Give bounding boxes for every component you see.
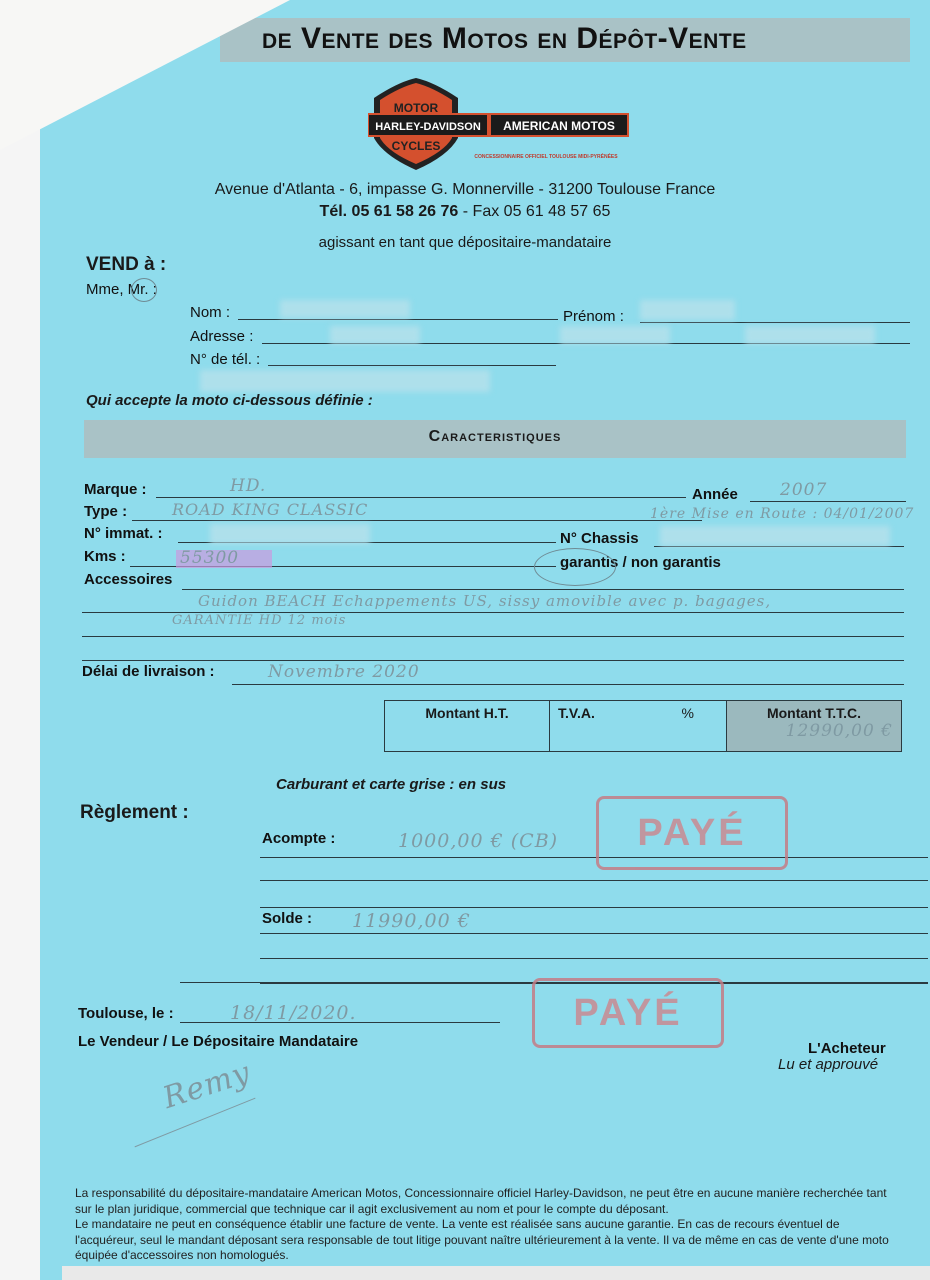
kms-value: 55300	[180, 548, 239, 568]
montant-ht-cell[interactable]: Montant H.T.	[385, 701, 550, 752]
fuel-note: Carburant et carte grise : en sus	[276, 776, 506, 793]
accessoires-field-3[interactable]	[82, 636, 904, 637]
nom-field[interactable]	[238, 319, 558, 320]
tva-label: T.V.A.	[558, 705, 595, 721]
acompte-value: 1000,00 € (CB)	[398, 830, 558, 852]
solde-field-2[interactable]	[260, 958, 928, 959]
dealer-logo: MOTOR HARLEY-DAVIDSON CYCLES AMERICAN MO…	[368, 78, 630, 175]
accessoires-field-1[interactable]	[182, 589, 904, 590]
characteristics-title: Caracteristiques	[84, 428, 906, 446]
accessoires-field-4[interactable]	[82, 660, 904, 661]
accept-label: Qui accepte la moto ci-dessous définie :	[86, 392, 373, 409]
solde-value: 11990,00 €	[352, 910, 471, 932]
redacted-immat	[210, 524, 370, 544]
legal-notice: La responsabilité du dépositaire-mandata…	[75, 1186, 895, 1264]
delai-field[interactable]	[232, 684, 904, 685]
dealer-phone: Tél. 05 61 58 26 76 - Fax 05 61 48 57 65	[0, 203, 930, 221]
tel-field[interactable]	[268, 365, 556, 366]
acompte-field[interactable]	[260, 857, 928, 858]
svg-text:HARLEY-DAVIDSON: HARLEY-DAVIDSON	[375, 121, 481, 133]
tva-cell[interactable]: T.V.A.%	[550, 701, 727, 752]
type-label: Type :	[84, 503, 127, 520]
marque-label: Marque :	[84, 481, 147, 498]
page-edge	[0, 0, 62, 1280]
civility-circle-mark	[131, 278, 157, 302]
reglement-label: Règlement :	[80, 802, 189, 824]
redacted-nom	[280, 300, 410, 318]
fax-number: - Fax 05 61 48 57 65	[458, 203, 610, 220]
dealer-address: Avenue d'Atlanta - 6, impasse G. Monnerv…	[0, 181, 930, 199]
solde-field[interactable]	[260, 933, 928, 934]
legal-paragraph-1: La responsabilité du dépositaire-mandata…	[75, 1186, 895, 1217]
prenom-field[interactable]	[640, 322, 910, 323]
annee-value: 2007	[780, 480, 827, 500]
mise-en-route-note: 1ère Mise en Route : 04/01/2007	[650, 506, 914, 522]
tel-label: N° de tél. :	[190, 351, 260, 368]
paid-stamp-2: PAYÉ	[532, 978, 724, 1048]
tva-percent: %	[682, 705, 694, 721]
garantie-circle-mark	[534, 548, 616, 586]
buyer-label: L'Acheteur	[808, 1040, 886, 1057]
redacted-adresse-1	[330, 326, 420, 344]
date-value: 18/11/2020.	[230, 1002, 357, 1024]
delai-label: Délai de livraison :	[82, 663, 215, 680]
harley-davidson-shield-icon: MOTOR HARLEY-DAVIDSON CYCLES AMERICAN MO…	[368, 78, 630, 170]
dealer-role: agissant en tant que dépositaire-mandata…	[0, 234, 930, 251]
redacted-chassis	[660, 526, 890, 546]
legal-paragraph-2: Le mandataire ne peut en conséquence éta…	[75, 1217, 895, 1264]
redacted-adresse-3	[745, 326, 875, 344]
marque-field[interactable]	[156, 497, 686, 498]
phone-number: Tél. 05 61 58 26 76	[320, 203, 459, 220]
amounts-table: Montant H.T. T.V.A.% Montant T.T.C.12990…	[384, 700, 902, 752]
chassis-label: N° Chassis	[560, 530, 639, 547]
redacted-prenom	[640, 300, 735, 320]
chassis-field[interactable]	[654, 546, 904, 547]
type-field[interactable]	[132, 520, 702, 521]
buyer-note: Lu et approuvé	[778, 1056, 878, 1073]
svg-text:CONCESSIONNAIRE OFFICIEL TOULO: CONCESSIONNAIRE OFFICIEL TOULOUSE MIDI-P…	[474, 152, 618, 160]
vend-heading: VEND à :	[86, 254, 166, 276]
montant-ttc-value: 12990,00 €	[735, 721, 893, 741]
prenom-label: Prénom :	[563, 308, 624, 325]
redacted-tel	[200, 370, 490, 392]
svg-text:MOTOR: MOTOR	[394, 101, 439, 115]
page-title: de Vente des Motos en Dépôt-Vente	[262, 22, 747, 56]
place-date-label: Toulouse, le :	[78, 1005, 174, 1022]
delai-value: Novembre 2020	[268, 662, 420, 682]
type-value: ROAD KING CLASSIC	[172, 500, 368, 519]
accessoires-value-2: GARANTIE HD 12 mois	[172, 613, 346, 628]
annee-field[interactable]	[750, 501, 906, 502]
redacted-adresse-2	[560, 326, 670, 344]
montant-ttc-label: Montant T.T.C.	[735, 705, 893, 721]
acompte-label: Acompte :	[262, 830, 335, 847]
solde-field-top[interactable]	[260, 907, 928, 908]
annee-label: Année	[692, 486, 738, 503]
paid-stamp-1: PAYÉ	[596, 796, 788, 870]
montant-ttc-cell[interactable]: Montant T.T.C.12990,00 €	[727, 701, 902, 752]
accessoires-value-1: Guidon BEACH Echappements US, sissy amov…	[198, 592, 771, 610]
kms-label: Kms :	[84, 548, 126, 565]
montant-ht-label: Montant H.T.	[425, 705, 508, 721]
adresse-label: Adresse :	[190, 328, 253, 345]
solde-label: Solde :	[262, 910, 312, 927]
accessoires-label: Accessoires	[84, 571, 172, 588]
nom-label: Nom :	[190, 304, 230, 321]
seller-label: Le Vendeur / Le Dépositaire Mandataire	[78, 1033, 358, 1050]
immat-label: N° immat. :	[84, 525, 163, 542]
acompte-field-2[interactable]	[260, 880, 928, 881]
marque-value: HD.	[230, 476, 266, 496]
folded-corner	[0, 0, 290, 150]
svg-text:AMERICAN MOTOS: AMERICAN MOTOS	[503, 119, 615, 133]
svg-text:CYCLES: CYCLES	[392, 139, 441, 153]
